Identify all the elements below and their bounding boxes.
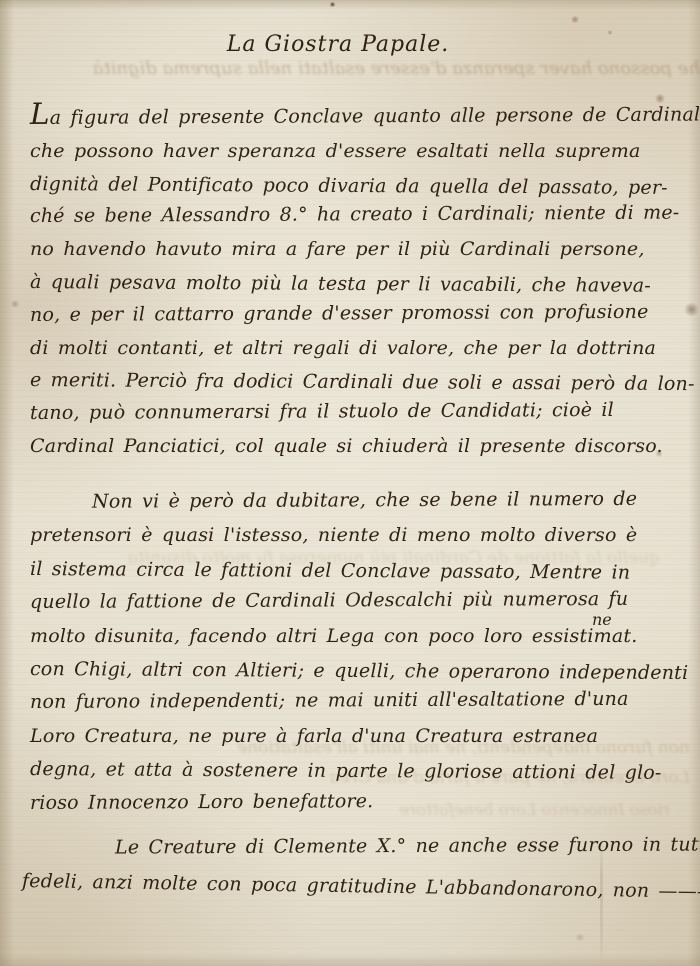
stain-spot — [683, 303, 700, 316]
stain-spot — [570, 16, 580, 23]
manuscript-line: no, e per il cattarro grande d'esser pro… — [30, 295, 685, 331]
manuscript-line: non furono independenti; ne mai uniti al… — [30, 683, 685, 720]
manuscript-line: quello la fattione de Cardinali Odescalc… — [30, 583, 685, 620]
manuscript-page: che possono haver speranza d'essere esal… — [0, 0, 700, 966]
manuscript-line: pretensori è quasi l'istesso, niente di … — [30, 519, 685, 552]
manuscript-line: tano, può connumerarsi fra il stuolo de … — [30, 394, 685, 430]
manuscript-line: rioso Innocenzo Loro benefattore. — [30, 783, 685, 820]
manuscript-line: che possono haver speranza d'essere esal… — [30, 135, 685, 168]
paragraph-2: Non vi è però da dubitare, che se bene i… — [30, 486, 685, 820]
manuscript-line: no havendo havuto mira a fare per il più… — [30, 233, 685, 266]
manuscript-line: fedeli, anzi molte con poca gratitudine … — [22, 865, 685, 908]
manuscript-line: Cardinal Panciatici, col quale si chiude… — [30, 430, 685, 463]
manuscript-line: molto disunita, facendo altri Lega con p… — [30, 620, 685, 653]
manuscript-line: Loro Creatura, ne pure à farla d'una Cre… — [30, 720, 685, 753]
stain-spot — [329, 2, 336, 7]
paragraph-1: La figura del presente Conclave quanto a… — [30, 102, 685, 463]
paragraph-3: Le Creature di Clemente X.° ne anche ess… — [30, 832, 685, 898]
interlinear-insertion: ne — [592, 610, 612, 629]
stain-spot — [10, 300, 20, 308]
manuscript-line: di molti contanti, et altri regali di va… — [30, 332, 685, 365]
manuscript-line: Le Creature di Clemente X.° ne anche ess… — [30, 829, 685, 865]
manuscript-line: ché se bene Alessandro 8.° ha creato i C… — [30, 197, 685, 233]
stain-spot — [574, 934, 586, 941]
document-title: La Giostra Papale. — [0, 32, 688, 57]
manuscript-line: Non vi è però da dubitare, che se bene i… — [30, 483, 685, 520]
showthrough-line: che possono haver speranza d'essere esal… — [0, 58, 700, 79]
manuscript-line: La figura del presente Conclave quanto a… — [30, 99, 685, 135]
